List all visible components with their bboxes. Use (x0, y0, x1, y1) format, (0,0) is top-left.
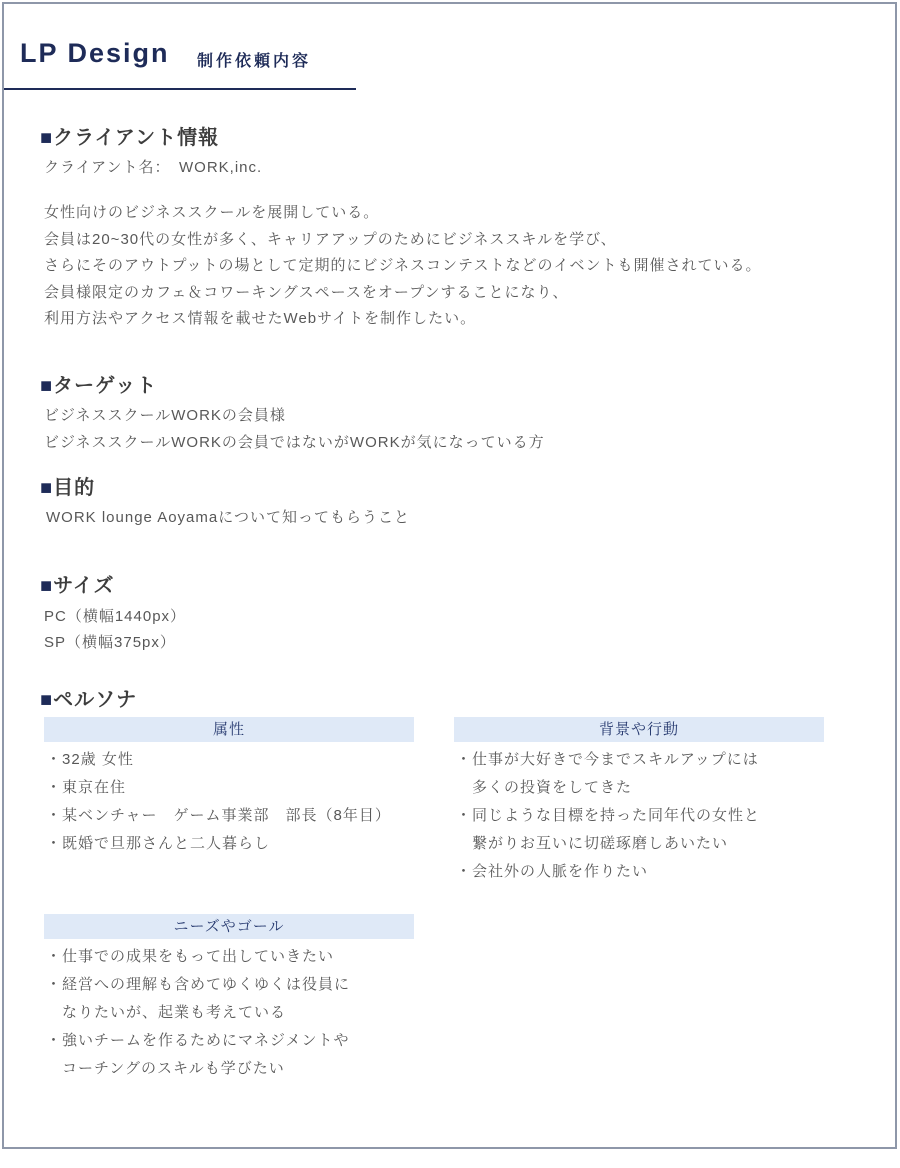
target-lines: ビジネススクールWORKの会員様 ビジネススクールWORKの会員ではないがWOR… (44, 403, 545, 456)
persona-attributes-list: ・32歳 女性 ・東京在住 ・某ベンチャー ゲーム事業部 部長（8年目） ・既婚… (46, 746, 391, 858)
header-divider (4, 88, 356, 90)
section-marker: ■ (40, 375, 53, 397)
client-name-line: クライアント名： WORK,inc. (44, 156, 262, 177)
list-item: ・同じような目標を持った同年代の女性と (456, 802, 760, 830)
section-title-text: 目的 (53, 477, 95, 499)
section-marker: ■ (40, 689, 53, 711)
section-title-persona: ■ペルソナ (40, 683, 137, 712)
page-subtitle: 制作依頼内容 (197, 48, 311, 71)
section-title-client: ■クライアント情報 (40, 121, 219, 150)
section-title-purpose: ■目的 (40, 471, 95, 500)
size-lines: PC（横幅1440px） SP（横幅375px） (44, 604, 186, 655)
section-title-text: ターゲット (53, 375, 157, 397)
purpose-line: WORK lounge Aoyamaについて知ってもらうこと (46, 505, 410, 532)
list-item: なりたいが、起業も考えている (46, 999, 350, 1027)
section-marker: ■ (40, 127, 53, 149)
description-line: さらにそのアウトプットの場として定期的にビジネスコンテストなどのイベントも開催さ… (44, 253, 761, 280)
purpose-lines: WORK lounge Aoyamaについて知ってもらうこと (46, 505, 410, 532)
section-title-text: サイズ (53, 575, 114, 597)
persona-background-list: ・仕事が大好きで今までスキルアップには 多くの投資をしてきた ・同じような目標を… (456, 746, 760, 886)
document-page: LP Design 制作依頼内容 ■クライアント情報 クライアント名： WORK… (2, 2, 897, 1149)
size-line: PC（横幅1440px） (44, 604, 186, 630)
description-line: 利用方法やアクセス情報を載せたWebサイトを制作したい。 (44, 306, 761, 333)
list-item: ・会社外の人脈を作りたい (456, 858, 760, 886)
section-title-text: ペルソナ (53, 689, 137, 711)
list-item: ・某ベンチャー ゲーム事業部 部長（8年目） (46, 802, 391, 830)
list-item: コーチングのスキルも学びたい (46, 1055, 350, 1083)
persona-table-header-attributes: 属性 (44, 717, 414, 742)
list-item: ・既婚で旦那さんと二人暮らし (46, 830, 391, 858)
target-line: ビジネススクールWORKの会員ではないがWORKが気になっている方 (44, 430, 545, 457)
list-item: 多くの投資をしてきた (456, 774, 760, 802)
persona-needs-list: ・仕事での成果をもって出していきたい ・経営への理解も含めてゆくゆくは役員に な… (46, 943, 350, 1083)
description-line: 女性向けのビジネススクールを展開している。 (44, 200, 761, 227)
description-line: 会員は20~30代の女性が多く、キャリアアップのためにビジネススキルを学び、 (44, 227, 761, 254)
section-marker: ■ (40, 575, 53, 597)
list-item: ・東京在住 (46, 774, 391, 802)
section-marker: ■ (40, 477, 53, 499)
target-line: ビジネススクールWORKの会員様 (44, 403, 545, 430)
client-description: 女性向けのビジネススクールを展開している。 会員は20~30代の女性が多く、キャ… (44, 200, 761, 333)
page-title: LP Design (20, 38, 170, 69)
section-title-target: ■ターゲット (40, 369, 157, 398)
list-item: ・強いチームを作るためにマネジメントや (46, 1027, 350, 1055)
description-line: 会員様限定のカフェ＆コワーキングスペースをオープンすることになり、 (44, 280, 761, 307)
list-item: ・32歳 女性 (46, 746, 391, 774)
section-title-text: クライアント情報 (53, 127, 219, 149)
list-item: ・仕事での成果をもって出していきたい (46, 943, 350, 971)
list-item: 繋がりお互いに切磋琢磨しあいたい (456, 830, 760, 858)
persona-table-header-background: 背景や行動 (454, 717, 824, 742)
persona-table-header-needs: ニーズやゴール (44, 914, 414, 939)
list-item: ・仕事が大好きで今までスキルアップには (456, 746, 760, 774)
list-item: ・経営への理解も含めてゆくゆくは役員に (46, 971, 350, 999)
section-title-size: ■サイズ (40, 569, 115, 598)
size-line: SP（横幅375px） (44, 630, 186, 656)
